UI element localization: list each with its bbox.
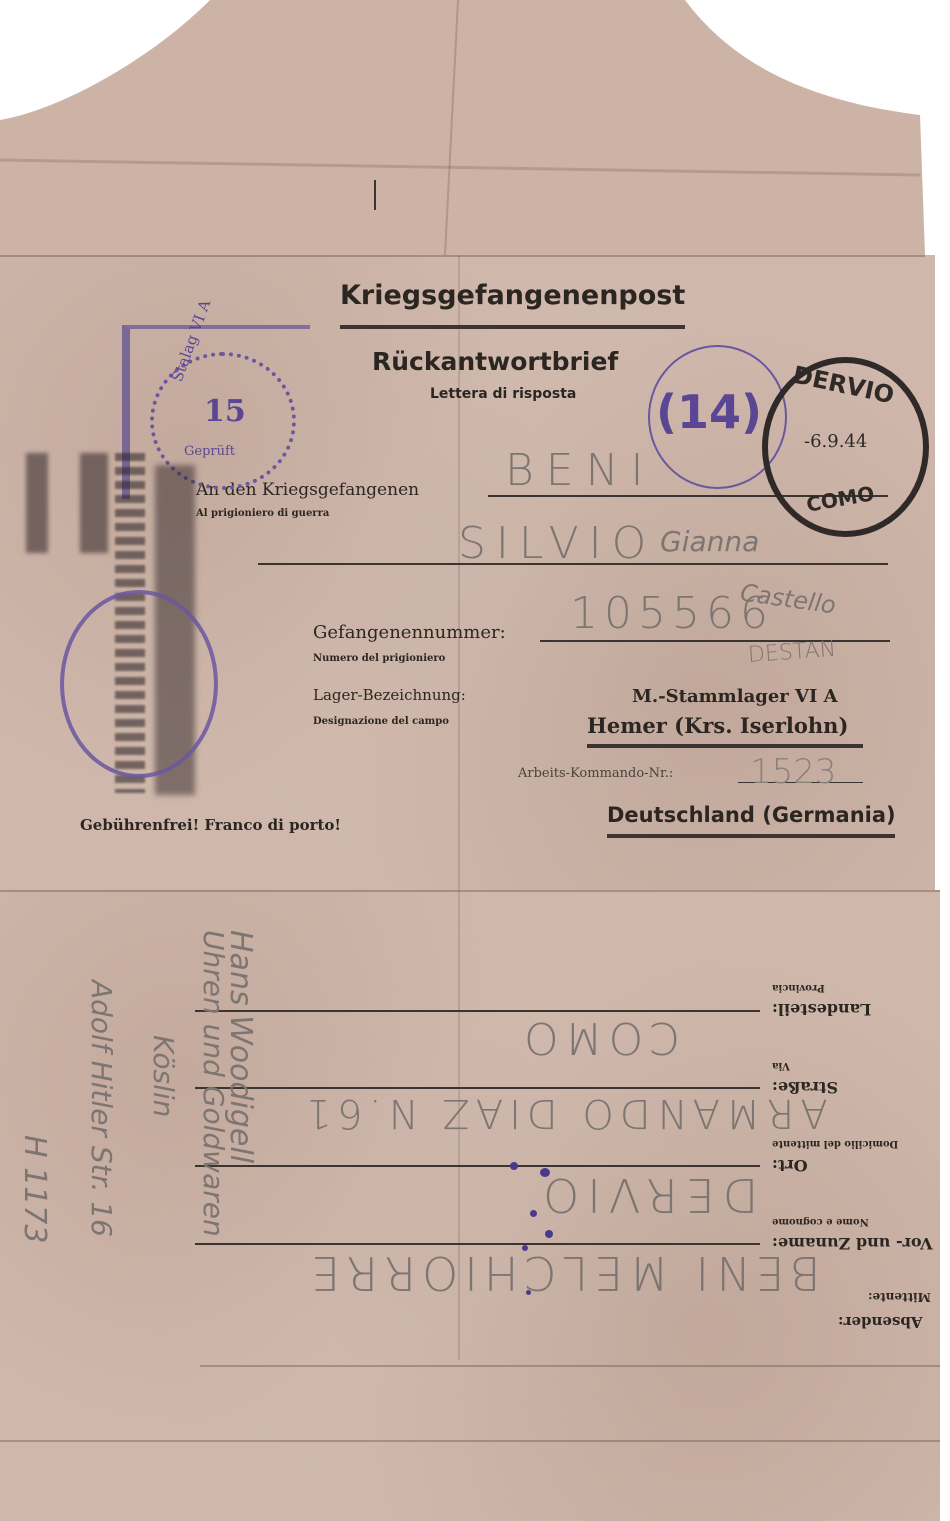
recipient-name: SILVIO [458, 518, 656, 569]
prisoner-number-label: Gefangenennummer: [313, 622, 506, 643]
postage-free-note: Gebührenfrei! Franco di porto! [80, 816, 341, 834]
back-label-landesteil-italian: Provincia [772, 982, 825, 993]
back-label-name-italian: Nome e cognome [772, 1216, 869, 1227]
destination-country: Deutschland (Germania) [607, 803, 896, 827]
provincial-censorship-stamp: COMMISSIONE PROVINCIALE DI CENSURA [60, 590, 218, 778]
handwritten-line-5: H 1173 [17, 1135, 52, 1243]
form-subtitle-italian: Lettera di risposta [430, 386, 576, 402]
fold-line [0, 1440, 940, 1442]
recipient-surname: BENI [505, 445, 656, 496]
handwritten-address: Hans Woodigell Uhren und Goldwaren Kösli… [0, 930, 300, 1370]
camp-label-italian: Designazione del campo [313, 716, 449, 727]
camp-underline [587, 744, 863, 748]
back-sender-label: Absender: [838, 1313, 923, 1331]
censor-14-label: (14) [656, 385, 762, 439]
fold-line [0, 890, 940, 892]
recipient-name-note: Gianna [660, 525, 759, 558]
envelope-top-flap [0, 0, 940, 270]
handwritten-line-3: Köslin [147, 1035, 180, 1117]
work-command-number: 1523 [750, 752, 837, 792]
back-sender-label-italian: Mittente: [868, 1290, 931, 1304]
back-label-ort: Ort: [772, 1156, 808, 1175]
prisoner-number-line [540, 640, 890, 642]
back-label-strasse-italian: Via [772, 1060, 790, 1071]
back-value-strasse: ARMANDO DIAZ N.61 [300, 1090, 828, 1136]
stalag-censor-number: 15 [204, 394, 246, 429]
camp-label: Lager-Bezeichnung: [313, 686, 466, 704]
camp-location: Hemer (Krs. Iserlohn) [587, 713, 848, 738]
title-underline [340, 325, 685, 329]
form-title: Kriegsgefangenenpost [340, 280, 685, 311]
handwritten-line-2: Uhren und Goldwaren [197, 930, 230, 1237]
back-label-landesteil: Landesteil: [772, 1000, 871, 1019]
fold-line [0, 255, 925, 257]
work-command-label: Arbeits-Kommando-Nr.: [518, 766, 673, 781]
fold-line [200, 1365, 940, 1367]
back-label-ort-italian: Domicilio del mittente [772, 1138, 898, 1149]
back-value-landesteil: COMO [518, 1012, 680, 1063]
prisoner-number-label-italian: Numero del prigioniero [313, 653, 445, 664]
postmark-province: COMO [804, 481, 876, 517]
camp-name: M.-Stammlager VI A [632, 686, 838, 707]
postmark-date: -6.9.44 [804, 431, 867, 452]
handwritten-line-4: Adolf Hitler Str. 16 [85, 980, 118, 1237]
postmark-town: DERVIO [790, 361, 896, 410]
ink-specks [500, 1150, 580, 1320]
country-underline [607, 834, 895, 838]
form-subtitle: Rückantwortbrief [372, 347, 618, 376]
dervio-postmark: DERVIO -6.9.44 COMO [762, 357, 929, 537]
